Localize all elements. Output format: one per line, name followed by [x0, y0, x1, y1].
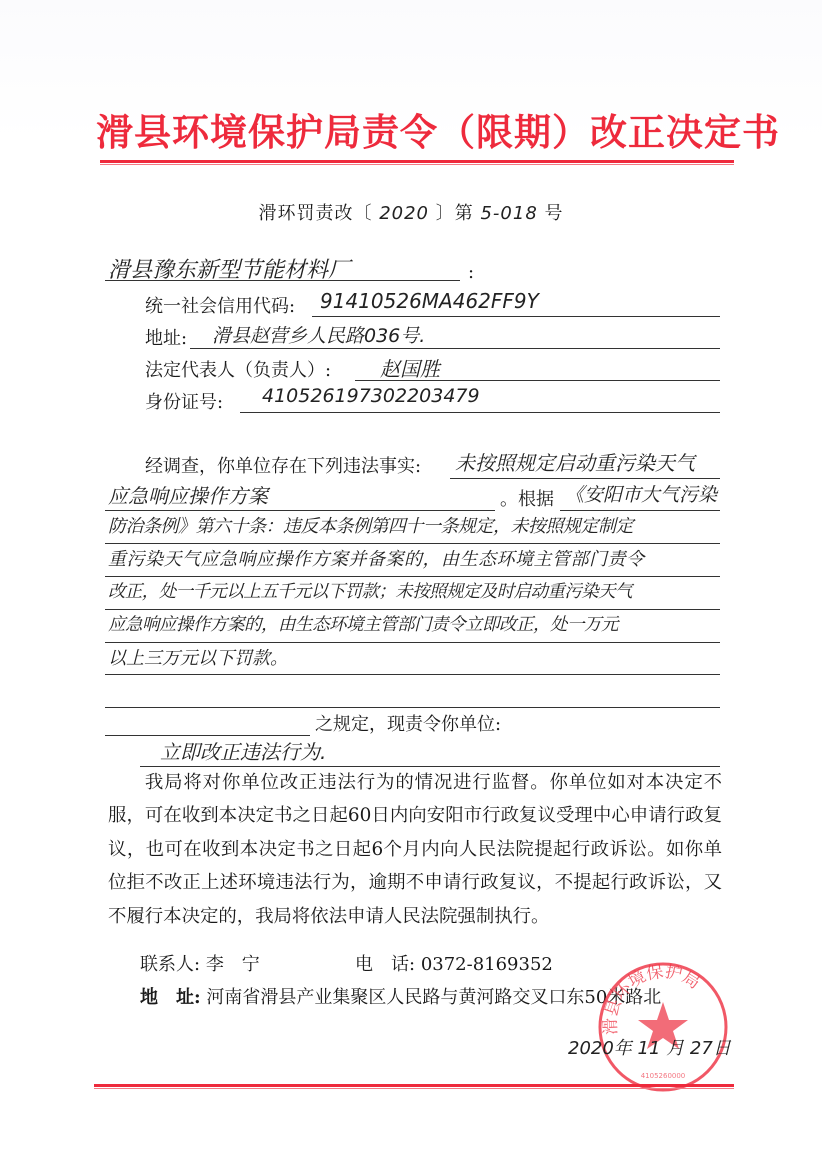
date-day: 27日	[690, 1038, 731, 1059]
issue-date: 2020年 11 月 27日	[568, 1034, 731, 1060]
order-text: 立即改正违法行为.	[160, 736, 326, 765]
doc-number-year: 2020	[379, 203, 429, 224]
basis-line-2: 防治条例》第六十条：违反本条例第四十一条规定，未按照规定制定	[108, 512, 633, 538]
contact-phone-number: 0372-8169352	[421, 954, 553, 975]
credit-code-value: 91410526MA462FF9Y	[320, 289, 539, 313]
address-underline	[190, 348, 720, 349]
contact-address-text: 河南省滑县产业集聚区人民路与黄河路交叉口东50米路北	[206, 987, 661, 1008]
contact-person-label: 联系人:	[140, 954, 200, 975]
recipient-colon: :	[468, 262, 474, 283]
basis-underline-1	[560, 510, 720, 511]
blank-underline	[105, 707, 720, 708]
basis-line-1: 《安阳市大气污染	[565, 480, 717, 507]
contact-person-name: 李 宁	[206, 954, 260, 975]
notice-text: 我局将对你单位改正违法行为的情况进行监督。你单位如对本决定不服，可在收到本决定书…	[108, 772, 722, 927]
contact-phone: 电 话: 0372-8169352	[355, 950, 553, 976]
basis-line-3: 重污染天气应急响应操作方案并备案的，由生态环境主管部门责令	[108, 545, 645, 571]
id-number-label: 身份证号:	[145, 388, 223, 414]
fact-underline-1	[450, 478, 720, 479]
date-month: 11 月	[638, 1038, 685, 1059]
id-number-value: 410526197302203479	[262, 385, 480, 407]
document-title: 滑县环境保护局责令（限期）改正决定书	[96, 102, 736, 156]
basis-label: 。根据	[500, 485, 554, 511]
basis-underline-2	[105, 543, 720, 544]
doc-number-prefix: 滑环罚责改〔	[258, 203, 372, 224]
basis-underline-4	[105, 609, 720, 610]
credit-code-label: 统一社会信用代码:	[145, 292, 295, 318]
legal-rep-value: 赵国胜	[380, 353, 440, 382]
contact-person: 联系人: 李 宁	[140, 950, 260, 976]
credit-code-underline	[312, 316, 720, 317]
basis-line-5: 应急响应操作方案的，由生态环境主管部门责令立即改正，处一万元	[108, 611, 618, 636]
contact-address: 地 址: 河南省滑县产业集聚区人民路与黄河路交叉口东50米路北	[140, 983, 661, 1009]
basis-underline-5	[105, 642, 720, 643]
basis-underline-6	[105, 674, 720, 675]
title-red-rule	[100, 160, 734, 165]
document-page: 滑县环境保护局责令（限期）改正决定书 滑环罚责改〔 2020 〕第 5-018 …	[0, 0, 822, 1176]
footer-red-rule	[94, 1084, 734, 1089]
official-seal-icon: 滑县环境保护局 4105260000	[596, 960, 730, 1094]
date-year: 2020年	[568, 1038, 632, 1059]
doc-number-middle: 〕第	[436, 203, 474, 224]
violation-intro: 经调查，你单位存在下列违法事实:	[145, 452, 421, 478]
document-number: 滑环罚责改〔 2020 〕第 5-018 号	[0, 199, 822, 225]
violation-fact-1: 未按照规定启动重污染天气	[455, 447, 695, 476]
legal-rep-label: 法定代表人（负责人）:	[145, 356, 331, 382]
notice-paragraph: 我局将对你单位改正违法行为的情况进行监督。你单位如对本决定不服，可在收到本决定书…	[108, 766, 722, 933]
svg-text:4105260000: 4105260000	[641, 1072, 686, 1080]
fact-underline-2	[105, 510, 495, 511]
recipient-underline	[105, 280, 460, 281]
violation-fact-2: 应急响应操作方案	[108, 480, 268, 509]
doc-number-value: 5-018	[480, 203, 537, 224]
basis-underline-3	[105, 576, 720, 577]
contact-address-label: 地 址:	[140, 987, 201, 1008]
address-value: 滑县赵营乡人民路036号.	[212, 321, 425, 348]
basis-line-6: 以上三万元以下罚款。	[108, 644, 288, 670]
address-label: 地址:	[145, 324, 187, 350]
legal-rep-underline	[355, 380, 720, 381]
basis-line-4: 改正，处一千元以上五千元以下罚款；未按照规定及时启动重污染天气	[108, 578, 632, 603]
id-number-underline	[240, 412, 720, 413]
provision-suffix: 之规定，现责令你单位:	[315, 710, 501, 736]
doc-number-suffix: 号	[545, 203, 564, 224]
contact-phone-label: 电 话:	[355, 954, 415, 975]
